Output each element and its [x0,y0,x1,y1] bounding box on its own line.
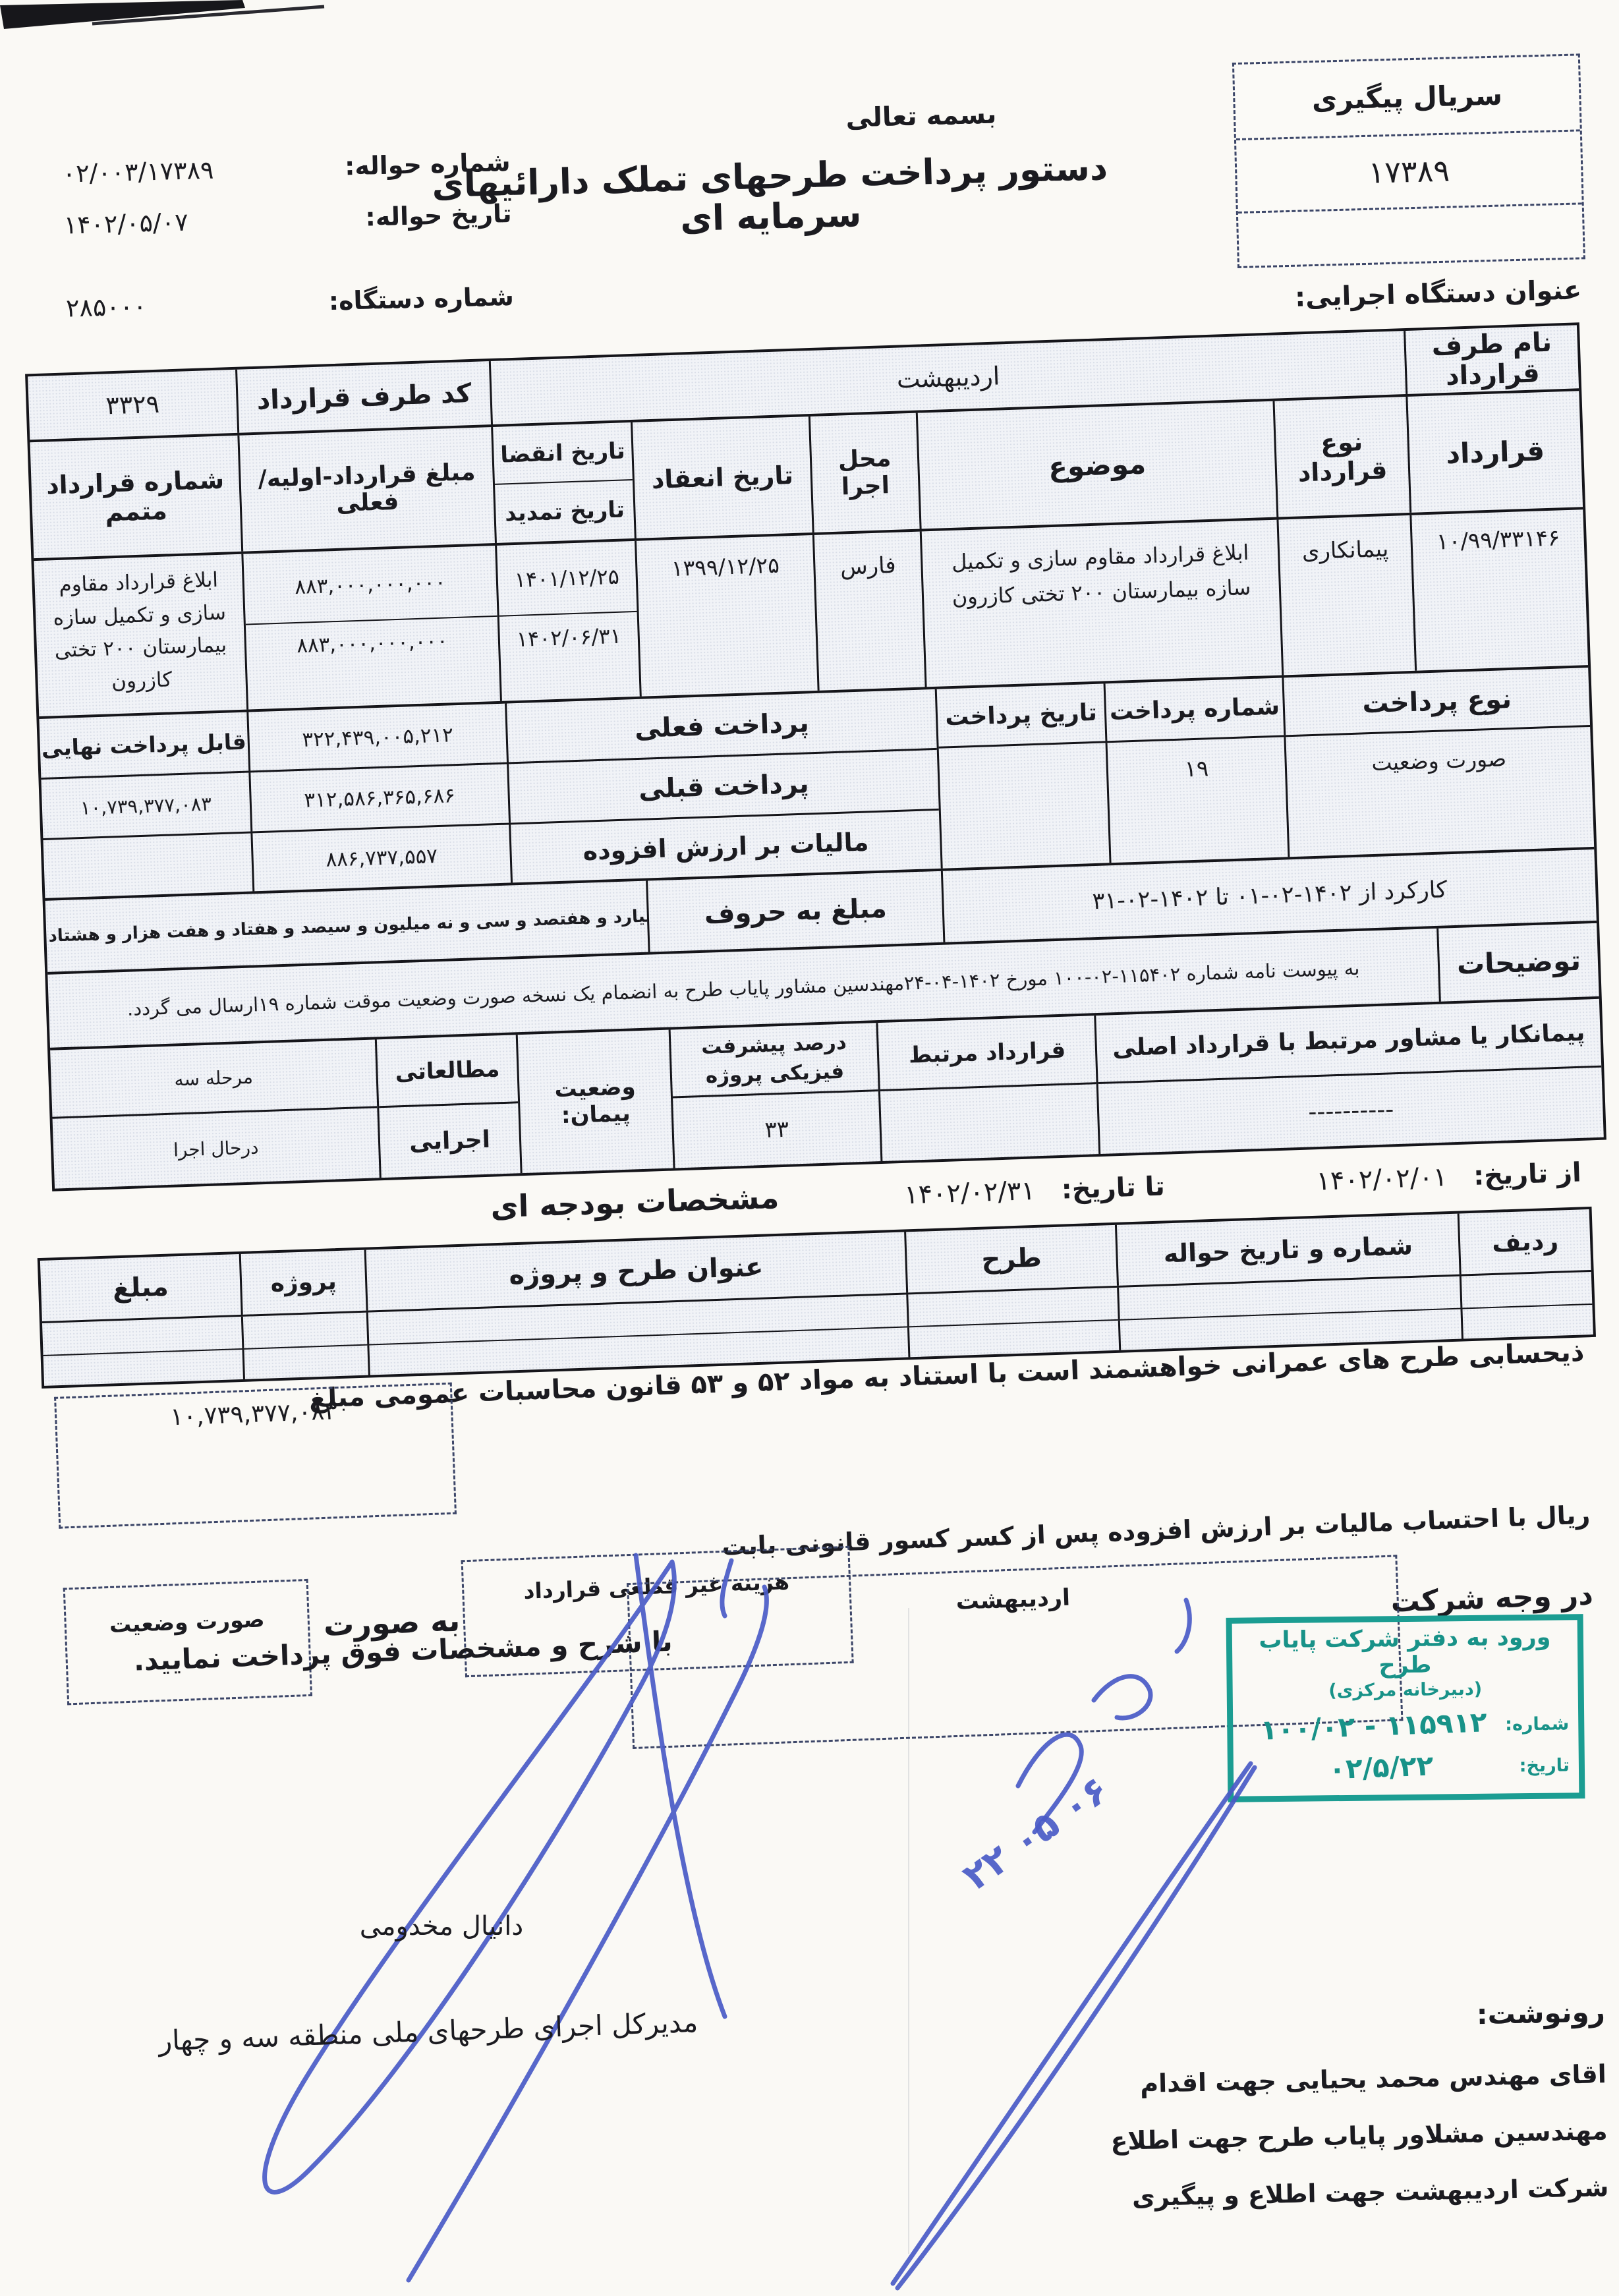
executive-agency-label: عنوان دستگاه اجرایی: [1295,275,1582,312]
expiry-date-value: ۱۴۰۱/۱۲/۲۵ [497,541,637,617]
remittance-block: شماره حواله: ۰۲/۰۰۳/۱۷۳۸۹ تاریخ حواله: ۱… [62,148,515,345]
payment-right-part: نوع پرداخت شماره پرداخت تاریخ پرداخت صور… [935,668,1594,869]
status-study-label: مطالعاتی [377,1035,518,1108]
vat-value: ۸۸۶,۷۳۷,۵۵۷ [250,825,511,892]
supplement-value: ابلاغ قرارداد مقاوم سازی و تکمیل سازه بی… [34,554,246,716]
remittance-no-label: شماره حواله: [345,148,511,181]
status-label: وضعیت پیمان: [516,1030,673,1174]
amount-words-label: مبلغ به حروف [646,871,943,952]
progress-value: ۳۳ [673,1091,880,1168]
previous-payment-value: ۳۱۲,۵۸۶,۳۶۵,۶۸۶ [248,764,509,832]
related-contract-col: قرارداد مرتبط [876,1016,1098,1161]
device-no-label: شماره دستگاه: [328,282,514,316]
col-expiry-extension: تاریخ انقضا تاریخ تمدید [491,422,635,543]
cc-block: رونوشت: اقای مهندس محمد یحیایی جهت اقدام… [1170,1995,1609,2239]
status-options-col: مطالعاتی اجرایی [375,1035,521,1178]
cc-line: شرکت اردیبهشت جهت اطلاع و پیگیری [1174,2173,1609,2211]
from-date-label: از تاریخ: [1473,1157,1581,1191]
signer-name: دانیال مخدومی [310,1911,573,1941]
party-name-label: نام طرف قرارداد [1404,325,1579,394]
remittance-date-label: تاریخ حواله: [365,199,512,232]
stamp-date-label: تاریخ: [1520,1755,1570,1776]
amount-fill-value: ۱۰,۷۳۹,۳۷۷,۰۸۳ [56,1385,451,1435]
payment-no-value: ۱۹ [1106,737,1288,863]
remittance-date-value: ۱۴۰۲/۰۵/۰۷ [63,208,188,240]
tracking-serial-box: سریال پیگیری ۱۷۳۸۹ [1232,53,1585,268]
col-type: نوع قرارداد [1272,397,1409,517]
stamp-line2: (دبیرخانه مرکزی) [1242,1678,1569,1702]
scanned-document-page: سریال پیگیری ۱۷۳۸۹ عنوان دستگاه اجرایی: … [0,0,1619,2296]
payment-value-row: صورت وضعیت ۱۹ [939,727,1594,869]
current-payment-value: ۳۲۲,۴۳۹,۰۰۵,۲۱۲ [246,704,507,771]
signature-strokes [66,1503,1285,2293]
final-payable-value: ۱۰,۷۳۹,۳۷۷,۰۸۳ [41,773,250,838]
col-expiry: تاریخ انقضا [493,422,633,485]
payment-date-value-empty [939,743,1110,868]
tracking-serial-label: سریال پیگیری [1234,55,1580,140]
contract-payment-table: نام طرف قرارداد اردیبهشت کد طرف قرارداد … [25,322,1606,1191]
party-code-label: کد طرف قرارداد [235,361,491,433]
budget-col-amount: مبلغ [40,1254,241,1321]
stage-label: مرحله سه [50,1039,377,1118]
to-date-value: ۱۴۰۲/۰۲/۳۱ [903,1176,1035,1211]
col-contract: قرارداد [1406,391,1583,513]
budget-col-plan: طرح [904,1225,1117,1293]
status-exec-value: اجرایی [379,1103,520,1178]
bismillah: بسمه تعالی [723,96,1119,137]
budget-empty-cell [42,1317,242,1355]
remittance-no-row: شماره حواله: ۰۲/۰۰۳/۱۷۳۸۹ [62,148,511,188]
remittance-date-row: تاریخ حواله: ۱۴۰۲/۰۵/۰۷ [63,199,512,240]
contract-type-value: پیمانکاری [1276,515,1415,675]
budget-empty-cell [241,1313,367,1348]
col-extension: تاریخ تمدید [495,480,635,543]
col-location: محل اجرا [809,413,920,532]
stage-col: مرحله سه درحال اجرا [50,1039,380,1188]
col-sign-date: تاریخ انعقاد [631,416,812,538]
authorization-para1: ذیحسابی طرح های عمرانی خواهشمند است با ا… [308,1337,1585,1414]
tracking-serial-value: ۱۷۳۸۹ [1236,131,1582,214]
contract-dates-values: ۱۴۰۱/۱۲/۲۵ ۱۴۰۲/۰۶/۳۱ [495,541,640,701]
contract-location-value: فارس [812,532,925,691]
extension-date-value: ۱۴۰۲/۰۶/۳۱ [499,612,640,701]
device-no-row: شماره دستگاه: ۲۸۵۰۰۰ [65,282,514,323]
budget-col-row-no: ردیف [1458,1209,1591,1275]
payment-date-label: تاریخ پرداخت [937,683,1106,746]
amount-current-value: ۸۸۳,۰۰۰,۰۰۰,۰۰۰ [246,617,500,710]
contract-amount-values: ۸۸۳,۰۰۰,۰۰۰,۰۰۰ ۸۸۳,۰۰۰,۰۰۰,۰۰۰ [241,546,500,710]
budget-title: مشخصات بودجه ای [490,1180,780,1224]
consultant-col: پیمانکار یا مشاور مرتبط با قرارداد اصلی … [1094,999,1604,1154]
from-date-value: ۱۴۰۲/۰۲/۰۱ [1316,1162,1448,1197]
stamp-line1: ورود به دفتر شرکت پایاب طرح [1241,1624,1569,1680]
payment-type-label: نوع پرداخت [1282,668,1590,735]
progress-col: درصد پیشرفت فیزیکی پروژه ۳۳ [669,1023,881,1168]
amount-initial-value: ۸۸۳,۰۰۰,۰۰۰,۰۰۰ [243,546,497,625]
budget-col-project: پروژه [239,1250,366,1315]
col-supplement: شماره قرارداد متمم [30,436,242,558]
related-contract-label: قرارداد مرتبط [878,1016,1096,1091]
payment-left-part: پرداخت فعلی ۳۲۲,۴۳۹,۰۰۵,۲۱۲ قابل پرداخت … [39,689,940,898]
payee-label: در وجه شرکت [1390,1578,1594,1619]
payment-type-value: صورت وضعیت [1284,727,1594,857]
col-subject: موضوع [916,401,1277,529]
stamp-number-row: شماره: ۱۰۰/۰۲ - ۱۱۵۹۱۲ [1242,1708,1569,1743]
final-payable-label: قابل پرداخت نهایی [39,712,248,778]
contract-subject-value: ابلاغ قرارداد مقاوم سازی و تکمیل سازه بی… [920,520,1282,687]
contract-sign-date-value: ۱۳۹۹/۱۲/۲۵ [635,535,818,697]
budget-col-remit: شماره و تاریخ حواله [1115,1214,1460,1286]
stamp-number-label: شماره: [1505,1713,1569,1735]
payment-no-label: شماره پرداخت [1104,677,1284,741]
notes-label: توضیحات [1436,923,1599,1002]
col-amount: مبلغ قرارداد-اولیه/فعلی [237,427,495,552]
document-header: سریال پیگیری ۱۷۳۸۹ عنوان دستگاه اجرایی: … [0,0,1619,364]
related-contract-value-empty [880,1084,1098,1161]
to-date-label: تا تاریخ: [1061,1171,1165,1205]
remittance-no-value: ۰۲/۰۰۳/۱۷۳۸۹ [62,156,214,188]
vat-extra-empty [43,833,253,898]
cc-line: اقای مهندس محمد یحیایی جهت اقدام [1171,2059,1606,2098]
party-code-value: ۳۳۲۹ [28,370,237,440]
contract-no-value: ۱۰/۹۹/۳۳۱۴۶ [1409,509,1588,671]
device-no-value: ۲۸۵۰۰۰ [65,291,147,322]
progress-label: درصد پیشرفت فیزیکی پروژه [671,1023,878,1098]
cc-line: مهندسین مشلاور پایاب طرح جهت اطلاع [1172,2116,1608,2154]
stage-value: درحال اجرا [53,1108,380,1188]
stamp-date-row: تاریخ: ۰۲/۵/۲۲ [1243,1749,1570,1785]
